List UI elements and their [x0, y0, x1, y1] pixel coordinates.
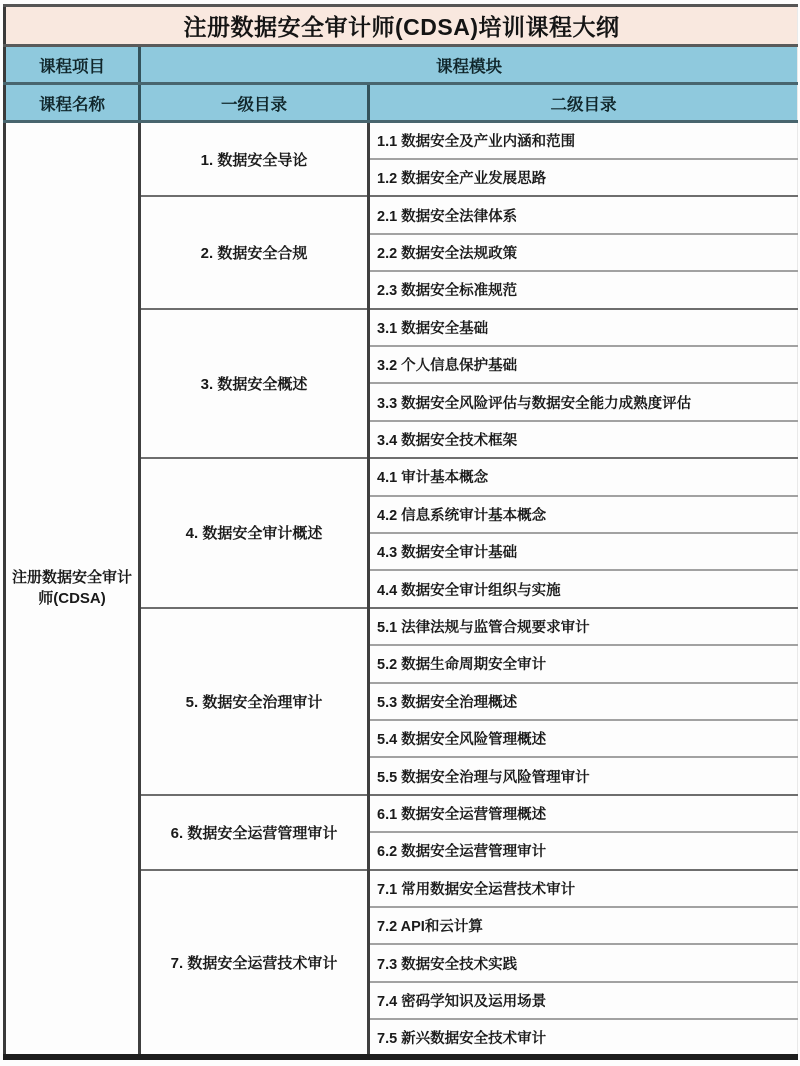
table-row: 注册数据安全审计师(CDSA)1. 数据安全导论1.1 数据安全及产业内涵和范围 [5, 122, 798, 159]
level1-cell: 2. 数据安全合规 [140, 196, 369, 308]
level2-cell: 5.3 数据安全治理概述 [369, 683, 798, 720]
level2-cell: 2.2 数据安全法规政策 [369, 234, 798, 271]
level1-cell: 7. 数据安全运营技术审计 [140, 870, 369, 1057]
level2-cell: 3.1 数据安全基础 [369, 309, 798, 346]
level2-cell: 3.3 数据安全风险评估与数据安全能力成熟度评估 [369, 383, 798, 420]
course-name-cell: 注册数据安全审计师(CDSA) [5, 122, 140, 1058]
level2-cell: 7.3 数据安全技术实践 [369, 944, 798, 981]
level2-cell: 1.2 数据安全产业发展思路 [369, 159, 798, 196]
header-level1-directory: 一级目录 [140, 84, 369, 122]
level2-cell: 4.1 审计基本概念 [369, 458, 798, 495]
level2-cell: 5.4 数据安全风险管理概述 [369, 720, 798, 757]
header-level2-directory: 二级目录 [369, 84, 798, 122]
level1-cell: 6. 数据安全运营管理审计 [140, 795, 369, 870]
header-row-1: 课程项目 课程模块 [5, 46, 798, 84]
level2-cell: 4.3 数据安全审计基础 [369, 533, 798, 570]
level2-cell: 7.4 密码学知识及运用场景 [369, 982, 798, 1019]
level2-cell: 7.2 API和云计算 [369, 907, 798, 944]
header-course-project: 课程项目 [5, 46, 140, 84]
level2-cell: 6.1 数据安全运营管理概述 [369, 795, 798, 832]
level1-cell: 3. 数据安全概述 [140, 309, 369, 459]
level2-cell: 3.2 个人信息保护基础 [369, 346, 798, 383]
table-body: 注册数据安全审计师(CDSA)1. 数据安全导论1.1 数据安全及产业内涵和范围… [5, 122, 798, 1058]
page: 注册数据安全审计师(CDSA)培训课程大纲 课程项目 课程模块 课程名称 一级目… [0, 0, 800, 1066]
level2-cell: 5.2 数据生命周期安全审计 [369, 645, 798, 682]
level1-cell: 1. 数据安全导论 [140, 122, 369, 197]
level2-cell: 2.3 数据安全标准规范 [369, 271, 798, 308]
level2-cell: 3.4 数据安全技术框架 [369, 421, 798, 458]
level2-cell: 1.1 数据安全及产业内涵和范围 [369, 122, 798, 159]
course-outline-table: 注册数据安全审计师(CDSA)培训课程大纲 课程项目 课程模块 课程名称 一级目… [3, 4, 798, 1060]
header-course-module: 课程模块 [140, 46, 798, 84]
level2-cell: 2.1 数据安全法律体系 [369, 196, 798, 233]
level2-cell: 7.1 常用数据安全运营技术审计 [369, 870, 798, 907]
level2-cell: 5.5 数据安全治理与风险管理审计 [369, 757, 798, 794]
level2-cell: 5.1 法律法规与监管合规要求审计 [369, 608, 798, 645]
header-row-2: 课程名称 一级目录 二级目录 [5, 84, 798, 122]
level2-cell: 4.2 信息系统审计基本概念 [369, 496, 798, 533]
title-row: 注册数据安全审计师(CDSA)培训课程大纲 [5, 6, 798, 46]
level1-cell: 4. 数据安全审计概述 [140, 458, 369, 608]
level1-cell: 5. 数据安全治理审计 [140, 608, 369, 795]
page-title: 注册数据安全审计师(CDSA)培训课程大纲 [5, 6, 798, 46]
header-course-name: 课程名称 [5, 84, 140, 122]
level2-cell: 7.5 新兴数据安全技术审计 [369, 1019, 798, 1057]
level2-cell: 6.2 数据安全运营管理审计 [369, 832, 798, 869]
level2-cell: 4.4 数据安全审计组织与实施 [369, 570, 798, 607]
